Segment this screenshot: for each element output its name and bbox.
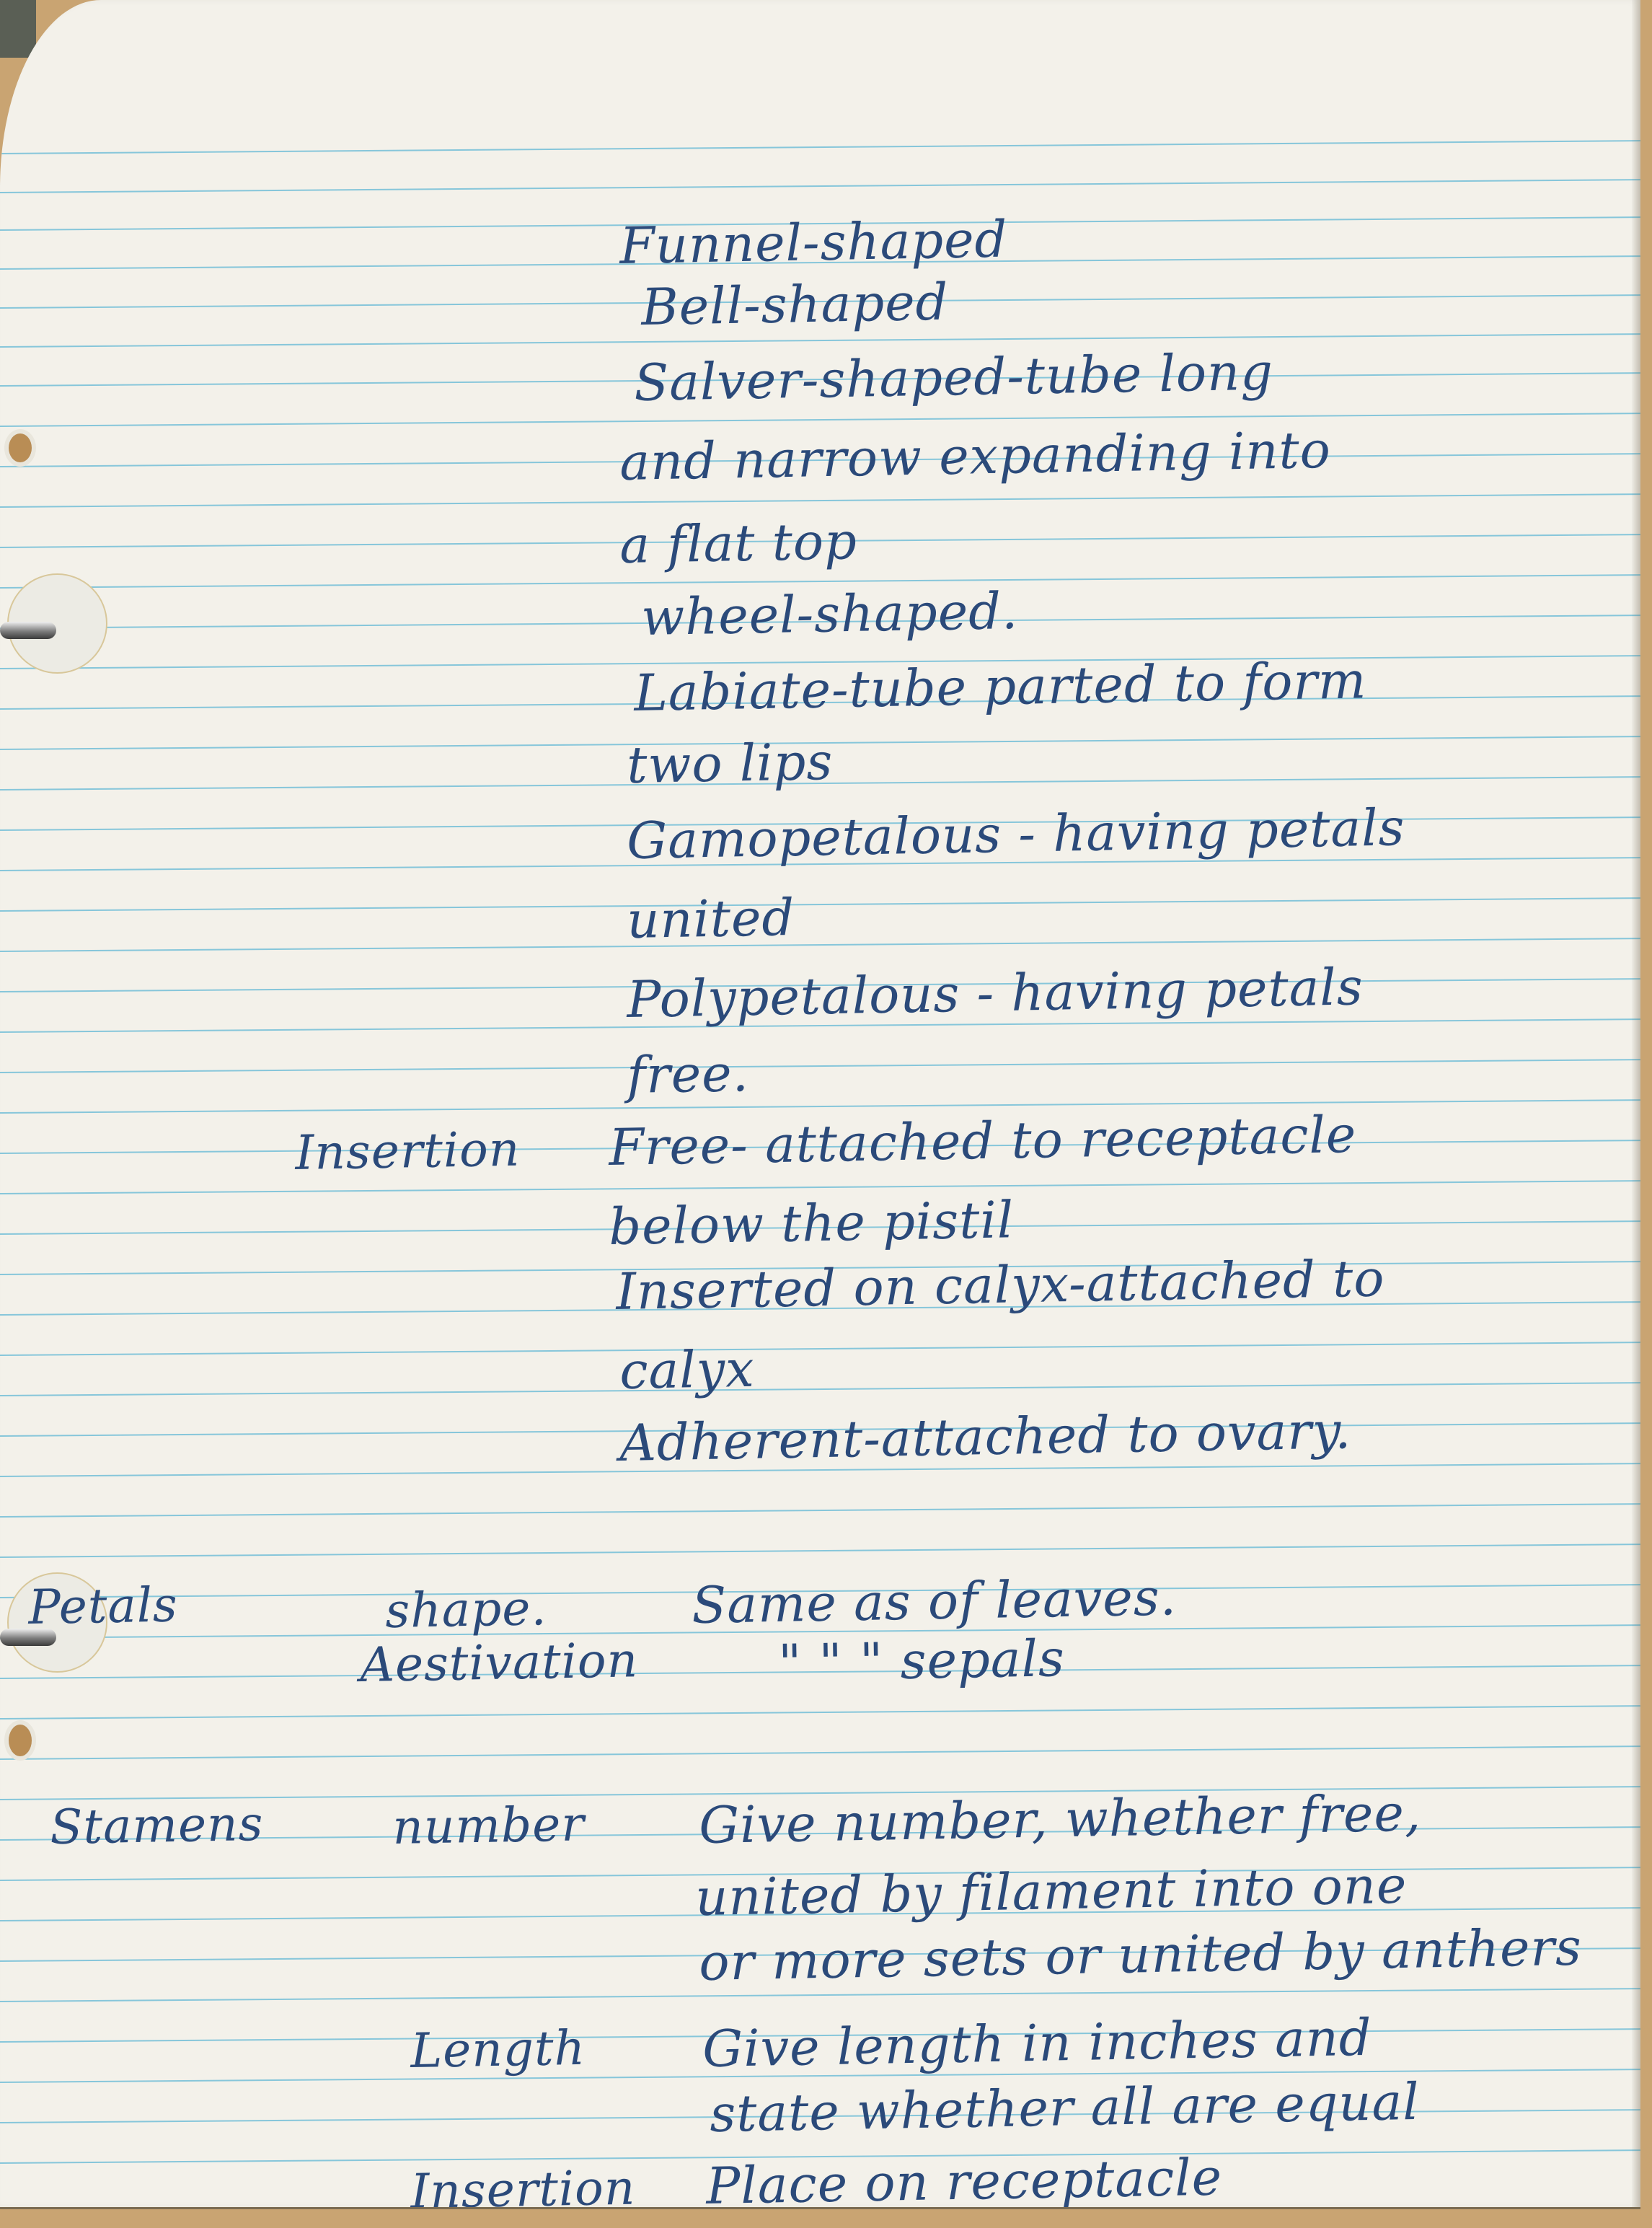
corolla-form-line: Salver-shaped-tube long xyxy=(634,343,1274,413)
stamens-number-line: or more sets or united by anthers xyxy=(699,1918,1583,1992)
petals-aestivation-value: " " " sepals xyxy=(778,1629,1066,1693)
corolla-form-line: and narrow expanding into xyxy=(619,420,1332,492)
stamens-number-attribute: number xyxy=(392,1796,586,1855)
ruled-line xyxy=(0,1503,1640,1518)
petals-shape-attribute: shape. xyxy=(385,1580,547,1639)
insertion-line: Adherent-attached to ovary. xyxy=(619,1401,1352,1473)
ruled-line xyxy=(0,938,1640,952)
ruled-line xyxy=(0,1099,1640,1114)
background-corner xyxy=(0,0,36,58)
stamens-number-line: united by filament into one xyxy=(695,1856,1408,1927)
petals-aestivation-attribute: Aestivation xyxy=(360,1632,639,1693)
ruled-line xyxy=(0,897,1640,912)
corolla-form-line: Labiate-tube parted to form xyxy=(634,651,1367,723)
insertion-line: Inserted on calyx-attached to xyxy=(616,1249,1385,1321)
stamens-length-line: Give length in inches and xyxy=(702,2008,1373,2079)
insertion-line: calyx xyxy=(619,1339,756,1401)
stamens-insertion-line: Place on receptacle xyxy=(706,2148,1223,2209)
stamens-insertion-attribute: Insertion xyxy=(410,2160,636,2209)
stamens-length-line: state whether all are equal xyxy=(710,2072,1421,2144)
ruled-line xyxy=(0,1988,1640,2002)
corolla-form-line: Funnel-shaped xyxy=(619,210,1008,276)
corolla-form-line: wheel-shaped. xyxy=(641,581,1019,647)
ruled-line xyxy=(0,140,1640,154)
corolla-form-line: united xyxy=(627,888,795,950)
petals-label: Petals xyxy=(28,1577,179,1635)
ruled-line xyxy=(0,493,1640,508)
notebook-page: Funnel-shaped Bell-shaped Salver-shaped-… xyxy=(0,0,1640,2209)
insertion-line: below the pistil xyxy=(609,1190,1015,1256)
ruled-line xyxy=(0,1382,1640,1396)
corolla-form-line: Polypetalous - having petals xyxy=(627,957,1364,1029)
corolla-form-line: Bell-shaped xyxy=(641,273,949,337)
binder-hole xyxy=(4,1720,36,1761)
binder-ring xyxy=(0,622,56,639)
stamens-number-line: Give number, whether free, xyxy=(699,1784,1422,1855)
ruled-line xyxy=(0,179,1640,193)
ruled-line xyxy=(0,413,1640,427)
ruled-line xyxy=(0,1059,1640,1073)
insertion-line: Free- attached to receptacle xyxy=(609,1105,1357,1177)
ruled-line xyxy=(0,1745,1640,1760)
ruled-line xyxy=(0,1342,1640,1356)
corolla-form-line: free. xyxy=(627,1044,750,1105)
corolla-form-line: two lips xyxy=(627,732,834,795)
petals-shape-value: Same as of leaves. xyxy=(692,1567,1178,1635)
ruled-line xyxy=(0,333,1640,348)
corolla-form-line: a flat top xyxy=(619,511,858,575)
stamens-label: Stamens xyxy=(50,1796,264,1855)
ruled-line xyxy=(0,1544,1640,1558)
insertion-label: Insertion xyxy=(295,1122,521,1181)
ruled-line xyxy=(0,1180,1640,1194)
ruled-line xyxy=(0,1705,1640,1720)
binder-hole xyxy=(4,429,36,467)
stamens-length-attribute: Length xyxy=(410,2020,586,2079)
